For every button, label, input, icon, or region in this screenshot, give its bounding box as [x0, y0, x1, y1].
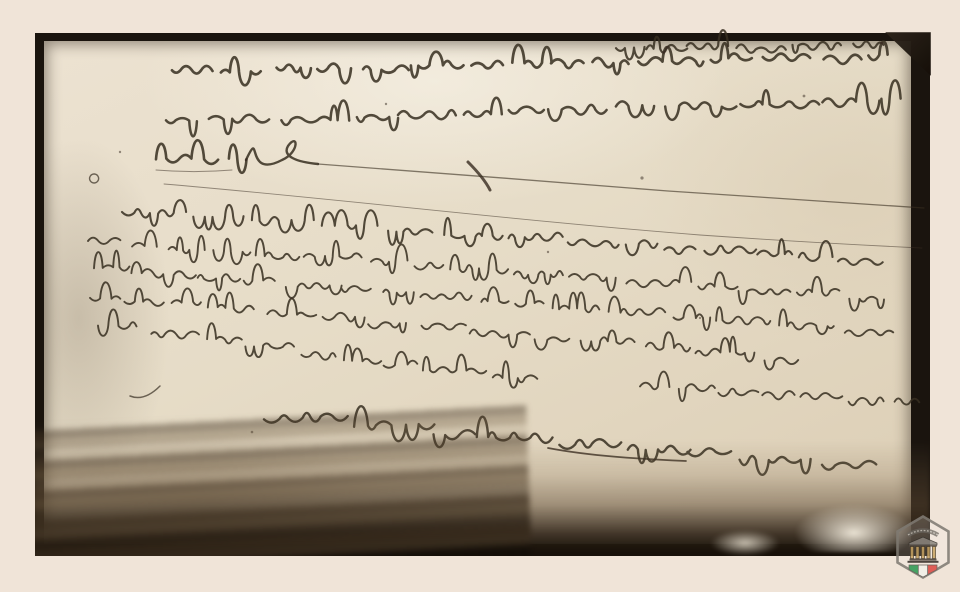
page-background: [0, 0, 960, 592]
manuscript-paper: [44, 41, 911, 544]
italian-flag-chevron: [909, 565, 937, 577]
manuscript-photo: [35, 33, 930, 556]
heritage-watermark-logo: [896, 515, 950, 579]
